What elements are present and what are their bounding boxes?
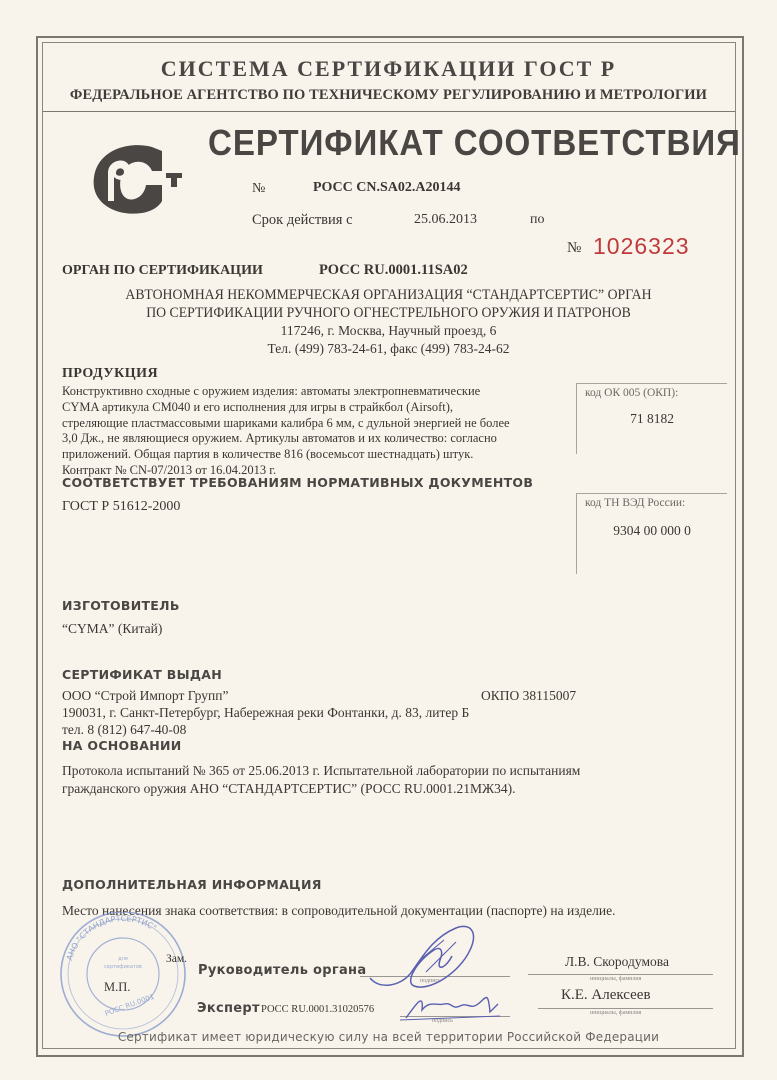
validity-label: Срок действия с [252,212,353,229]
head-of-body-label: Руководитель органа [198,963,366,978]
okp-code-box: код ОК 005 (ОКП): 71 8182 [576,383,727,454]
legal-validity-note: Сертификат имеет юридическую силу на все… [0,1030,777,1044]
svg-text:для: для [118,956,128,962]
issued-to-okpo: ОКПО 38115007 [481,688,576,704]
tnved-code-label: код ТН ВЭД России: [577,494,727,509]
expert-label: Эксперт [197,1001,260,1016]
valid-from-date: 25.06.2013 [414,212,477,228]
agency-name: ФЕДЕРАЛЬНОЕ АГЕНТСТВО ПО ТЕХНИЧЕСКОМУ РЕ… [0,87,777,104]
certification-body-name-line-1: АВТОНОМНАЯ НЕКОММЕРЧЕСКАЯ ОРГАНИЗАЦИЯ “С… [19,287,757,304]
product-line: CYMA артикула CM040 и его исполнения для… [62,400,510,416]
rst-mark-icon [90,143,186,217]
basis-text: Протокола испытаний № 365 от 25.06.2013 … [62,762,580,798]
expert-code: РОСС RU.0001.31020576 [261,1004,374,1015]
product-heading: ПРОДУКЦИЯ [62,366,158,382]
certificate-number: РОСС CN.SA02.A20144 [313,180,460,196]
product-line: приложений. Общая партия в количестве 81… [62,447,510,463]
tnved-code-value: 9304 00 000 0 [577,523,727,539]
stamp-place-label: М.П. [104,980,130,995]
basis-line: Протокола испытаний № 365 от 25.06.2013 … [62,762,580,780]
certificate-number-label: № [252,181,265,197]
basis-heading: НА ОСНОВАНИИ [62,738,182,753]
certificate-title: СЕРТИФИКАТ СООТВЕТСТВИЯ [208,122,741,164]
manufacturer-heading: ИЗГОТОВИТЕЛЬ [62,598,180,613]
issued-to-company: ООО “Строй Импорт Групп” [62,688,228,704]
product-description: Конструктивно сходные с оружием изделия:… [62,384,510,479]
serial-number: 1026323 [593,233,690,260]
basis-line: гражданского оружия АНО “СТАНДАРТСЕРТИС”… [62,780,580,798]
handwritten-signatures-icon [360,920,520,1030]
product-line: стреляющие пластмассовыми шариками калиб… [62,416,510,432]
manufacturer-name: “CYMA” (Китай) [62,621,162,637]
head-name: Л.В. Скородумова [565,954,669,970]
product-line: Конструктивно сходные с оружием изделия:… [62,384,510,400]
issued-to-phone: тел. 8 (812) 647-40-08 [62,722,186,738]
expert-name-caption: инициалы, фамилия [590,1010,641,1016]
valid-to-label: по [530,212,545,228]
standard-reference: ГОСТ Р 51612-2000 [62,499,180,515]
okp-code-label: код ОК 005 (ОКП): [577,384,727,399]
certification-body-name-line-2: ПО СЕРТИФИКАЦИИ РУЧНОГО ОГНЕСТРЕЛЬНОГО О… [19,305,757,322]
issued-to-address: 190031, г. Санкт-Петербург, Набережная р… [62,705,469,721]
svg-text:сертификатов: сертификатов [104,964,142,970]
expert-name: К.Е. Алексеев [561,987,651,1004]
deputy-prefix: Зам. [166,953,187,965]
svg-text:РОСС RU.0001: РОСС RU.0001 [104,993,155,1018]
certification-body-address: 117246, г. Москва, Научный проезд, 6 [0,323,777,339]
expert-name-line [538,1008,713,1009]
conformity-heading: СООТВЕТСТВУЕТ ТРЕБОВАНИЯМ НОРМАТИВНЫХ ДО… [62,475,533,490]
product-line: 3,0 Дж., не являющиеся оружием. Артикулы… [62,431,510,447]
head-name-caption: инициалы, фамилия [590,976,641,982]
certification-body-label: ОРГАН ПО СЕРТИФИКАЦИИ [62,263,263,279]
system-title: СИСТЕМА СЕРТИФИКАЦИИ ГОСТ Р [0,56,777,82]
issued-to-heading: СЕРТИФИКАТ ВЫДАН [62,667,222,682]
official-stamp-icon: АНО "СТАНДАРТСЕРТИС" для сертификатов РО… [48,912,198,1042]
certification-body-phone: Тел. (499) 783-24-61, факс (499) 783-24-… [0,341,777,357]
certification-body-code: РОСС RU.0001.11SA02 [319,262,468,279]
head-name-line [528,974,713,975]
okp-code-value: 71 8182 [577,411,727,427]
header-divider [43,111,735,112]
svg-text:АНО "СТАНДАРТСЕРТИС": АНО "СТАНДАРТСЕРТИС" [65,914,158,961]
serial-number-label: № [567,240,581,257]
additional-info-heading: ДОПОЛНИТЕЛЬНАЯ ИНФОРМАЦИЯ [62,877,322,892]
tnved-code-box: код ТН ВЭД России: 9304 00 000 0 [576,493,727,574]
